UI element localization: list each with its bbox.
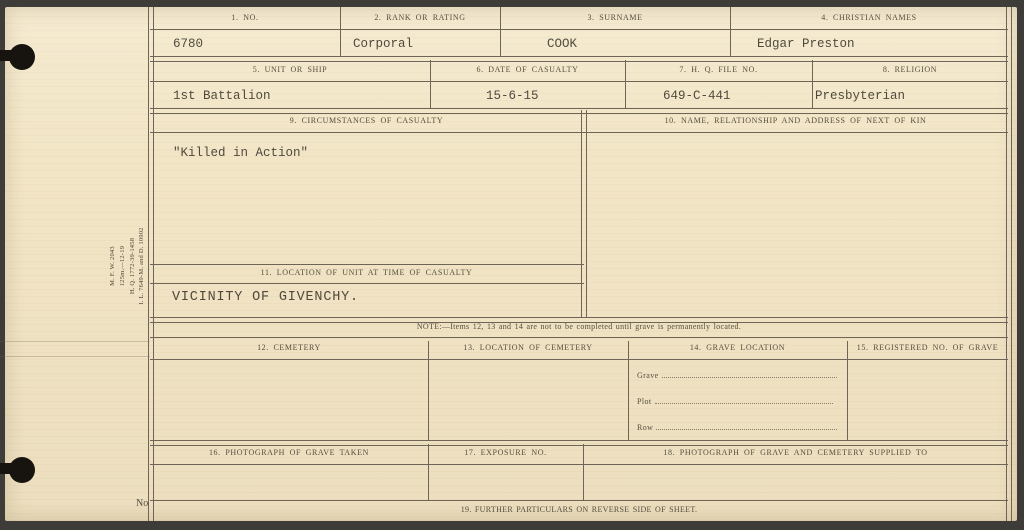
table-rule	[150, 81, 1008, 82]
field-circumstances-value: "Killed in Action"	[173, 146, 308, 160]
field-christian-names-label: 4. CHRISTIAN NAMES	[730, 13, 1008, 22]
table-rule	[150, 56, 1008, 62]
table-rule	[150, 464, 1008, 465]
table-rule	[150, 440, 1008, 446]
stamp-line: 125m.—12-19	[118, 209, 128, 323]
margin-rule	[0, 341, 150, 342]
field-no-label: 1. NO.	[150, 13, 340, 22]
field-unit-location-value: VICINITY OF GIVENCHY.	[172, 290, 359, 305]
row-leader-row: Row	[637, 423, 837, 435]
form-reference-stamp: M. F. W. 2043 125m.—12-19 H. Q. 1772-39-…	[108, 209, 148, 323]
stamp-line: M. F. W. 2043	[108, 209, 118, 323]
field-photo-supplied-label: 18. PHOTOGRAPH OF GRAVE AND CEMETERY SUP…	[583, 448, 1008, 457]
table-rule	[581, 110, 587, 317]
field-registered-no-label: 15. REGISTERED NO. OF GRAVE	[847, 343, 1008, 352]
field-grave-location-label: 14. GRAVE LOCATION	[628, 343, 847, 352]
table-rule	[847, 341, 848, 440]
punch-hole-top	[9, 44, 35, 70]
field-unit-value: 1st Battalion	[173, 89, 271, 103]
table-rule	[150, 500, 1008, 501]
field-surname-label: 3. SURNAME	[500, 13, 730, 22]
field-rank-label: 2. RANK OR RATING	[340, 13, 500, 22]
table-rule	[428, 341, 429, 440]
field-religion-value: Presbyterian	[815, 89, 905, 103]
plot-leader-label: Plot	[637, 397, 652, 406]
plot-leader-dots	[655, 403, 834, 404]
footer-text: 19. FURTHER PARTICULARS ON REVERSE SIDE …	[150, 505, 1008, 514]
field-christian-names-value: Edgar Preston	[757, 37, 855, 51]
grave-leader-dots	[662, 377, 837, 378]
row-leader-dots	[656, 429, 837, 430]
stamp-line: I. L. 7649-M. and D. 10902	[137, 209, 147, 323]
table-rule	[150, 108, 1008, 114]
table-rule	[150, 283, 584, 284]
row-leader-label: Row	[637, 423, 653, 432]
field-next-of-kin-label: 10. NAME, RELATIONSHIP AND ADDRESS OF NE…	[583, 116, 1008, 125]
field-hq-file-no-value: 649-C-441	[663, 89, 731, 103]
field-unit-label: 5. UNIT OR SHIP	[150, 65, 430, 74]
grave-leader-row: Grave	[637, 371, 837, 383]
field-date-of-casualty-label: 6. DATE OF CASUALTY	[430, 65, 625, 74]
grave-leader-label: Grave	[637, 371, 659, 380]
punch-hole-bottom	[9, 457, 35, 483]
table-rule	[150, 359, 1008, 360]
table-rule	[628, 341, 629, 440]
field-hq-file-no-label: 7. H. Q. FILE NO.	[625, 65, 812, 74]
field-circumstances-label: 9. CIRCUMSTANCES OF CASUALTY	[150, 116, 583, 125]
table-rule	[150, 264, 584, 265]
field-religion-label: 8. RELIGION	[812, 65, 1008, 74]
field-photo-taken-label: 16. PHOTOGRAPH OF GRAVE TAKEN	[150, 448, 428, 457]
margin-rule	[0, 356, 150, 357]
field-cemetery-location-label: 13. LOCATION OF CEMETERY	[428, 343, 628, 352]
field-date-of-casualty-value: 15-6-15	[486, 89, 539, 103]
note-text: NOTE:—Items 12, 13 and 14 are not to be …	[150, 322, 1008, 331]
stamp-line: H. Q. 1772-39-1458	[128, 209, 138, 323]
table-rule	[150, 337, 1008, 338]
table-rule	[150, 132, 1008, 133]
sheet-no-label: No	[136, 498, 148, 509]
field-cemetery-label: 12. CEMETERY	[150, 343, 428, 352]
field-unit-location-label: 11. LOCATION OF UNIT AT TIME OF CASUALTY	[150, 268, 583, 277]
plot-leader-row: Plot	[637, 397, 833, 409]
field-no-value: 6780	[173, 37, 203, 51]
scan-frame: M. F. W. 2043 125m.—12-19 H. Q. 1772-39-…	[0, 0, 1024, 530]
table-rule	[150, 29, 1008, 30]
field-surname-value: COOK	[547, 37, 577, 51]
field-rank-value: Corporal	[353, 37, 413, 51]
field-exposure-no-label: 17. EXPOSURE NO.	[428, 448, 583, 457]
